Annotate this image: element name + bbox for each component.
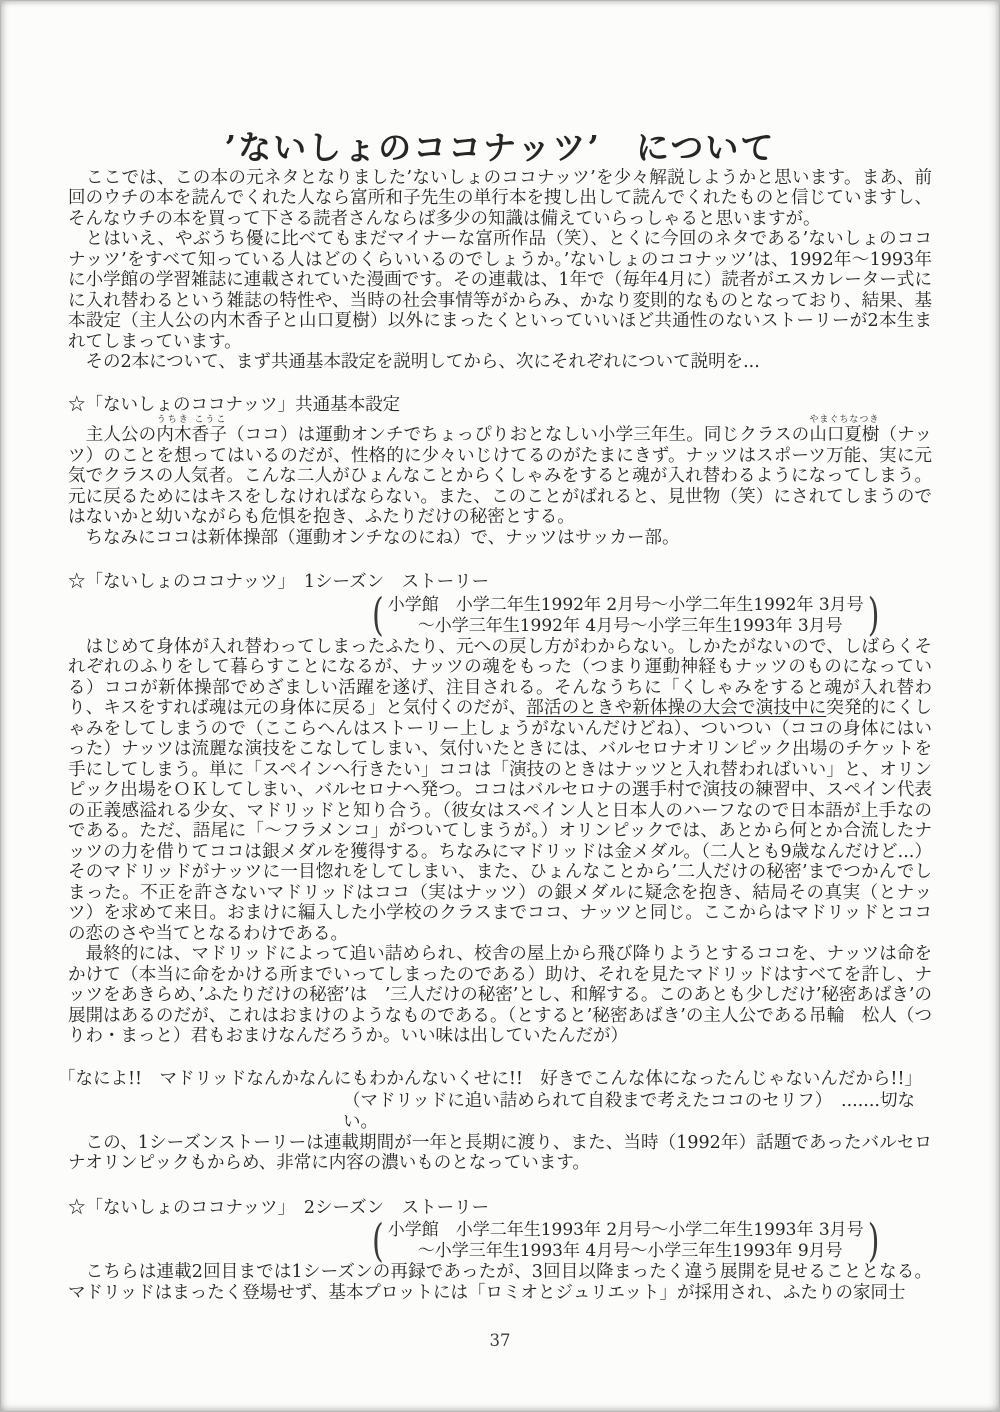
season2-paragraph: こちらは連載2回目までは1シーズンの再録であったが、3回目以降まったく違う展開を… (68, 1262, 932, 1303)
scanned-page: ’ないしょのココナッツ’ について ここでは、この本の元ネタとなりました’ないし… (0, 0, 1000, 1412)
section-heading-common-settings: ☆「ないしょのココナッツ」共通基本設定 (68, 395, 932, 416)
source-line-2: ～小学三年生1993年 4月号～小学三年生1993年 9月号 (388, 1241, 864, 1262)
season1-finale-paragraph: 最終的には、マドリッドによって追い詰められ、校舎の屋上から飛び降りようとするココ… (68, 944, 932, 1047)
paren-open: ( (368, 600, 388, 632)
paren-open: ( (368, 1225, 388, 1257)
club-note-paragraph: ちなみにココは新体操部（運動オンチなのにね）で、ナッツはサッカー部。 (68, 528, 932, 549)
quote-line: 「なによ!! マドリッドなんかなんにもわかんないくせに!! 好きでこんな体になっ… (58, 1069, 932, 1090)
paren-close: ) (864, 600, 884, 632)
quote-attribution: （マドリッドに追い詰められて自殺まで考えたココのセリフ） .......切ない。 (343, 1091, 932, 1133)
quote-block: 「なによ!! マドリッドなんかなんにもわかんないくせに!! 好きでこんな体になっ… (68, 1069, 932, 1133)
source-line-1: 小学館 小学二年生1992年 2月号～小学二年生1992年 3月号 (388, 595, 864, 616)
source-lines: 小学館 小学二年生1992年 2月号～小学二年生1992年 3月号 ～小学三年生… (388, 595, 864, 637)
common-settings-paragraph: 主人公の内木香子うちき こうこ（ココ）は運動オンチでちょっぴりおとなしい小学三年… (68, 415, 932, 528)
publication-source-season2: ( 小学館 小学二年生1993年 2月号～小学二年生1993年 3月号 ～小学三… (368, 1220, 932, 1262)
paren-close: ) (864, 1225, 884, 1257)
section-heading-season2: ☆「ないしょのココナッツ」 2シーズン ストーリー (68, 1198, 932, 1219)
intro-paragraph-3: その2本について、まず共通基本設定を説明してから、次にそれぞれについて説明を..… (68, 352, 932, 373)
season1-comment-paragraph: この、1シーズンストーリーは連載期間が一年と長期に渡り、また、当時（1992年）… (68, 1133, 932, 1174)
intro-paragraph-1: ここでは、この本の元ネタとなりました’ないしょのココナッツ’を少々解説しようかと… (68, 168, 932, 230)
source-lines: 小学館 小学二年生1993年 2月号～小学二年生1993年 3月号 ～小学三年生… (388, 1220, 864, 1262)
source-line-1: 小学館 小学二年生1993年 2月号～小学二年生1993年 3月号 (388, 1220, 864, 1241)
page-title: ’ないしょのココナッツ’ について (68, 0, 932, 168)
season1-story-paragraph: はじめて身体が入れ替わってしまったふたり、元への戻し方がわからない。しかたがない… (68, 637, 932, 945)
source-line-2: ～小学三年生1992年 4月号～小学三年生1993年 3月号 (388, 616, 864, 637)
intro-paragraph-2: とはいえ、やぶうち優に比べてもまだマイナーな富所作品（笑）、とくに今回のネタであ… (68, 229, 932, 352)
section-heading-season1: ☆「ないしょのココナッツ」 1シーズン ストーリー (68, 572, 932, 593)
page-number: 37 (0, 1331, 1000, 1350)
publication-source-season1: ( 小学館 小学二年生1992年 2月号～小学二年生1992年 3月号 ～小学三… (368, 595, 932, 637)
